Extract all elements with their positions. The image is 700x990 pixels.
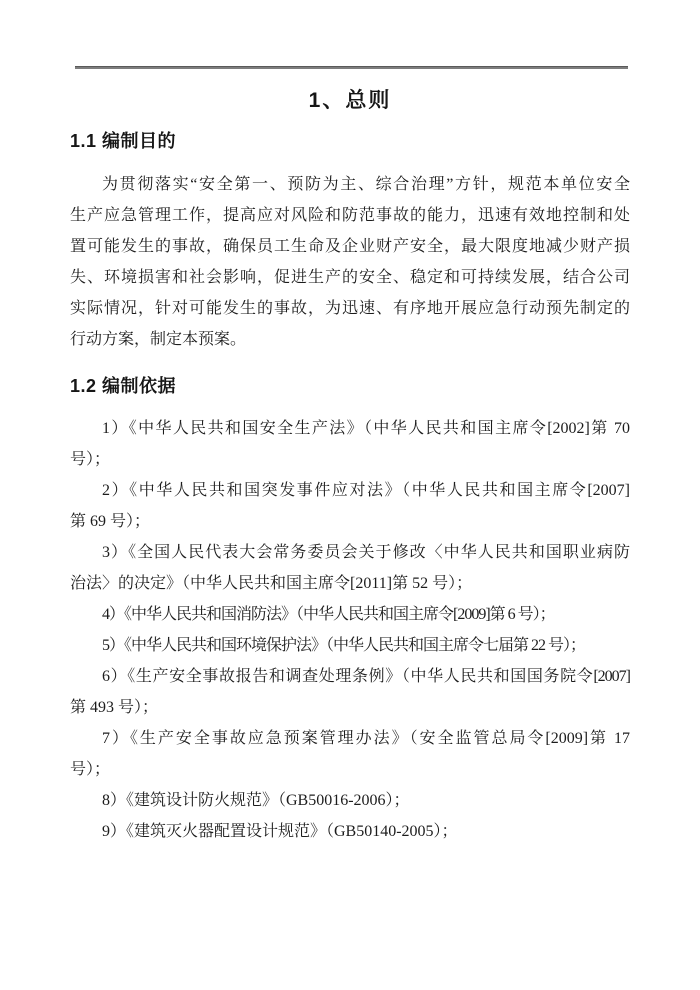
paragraph: 1）《中华人民共和国安全生产法》（中华人民共和国主席令[2002]第 70号）； [70,413,630,475]
paragraph: 4）《中华人民共和国消防法》（中华人民共和国主席令[2009]第 6 号）； [70,599,630,630]
paragraph: 5）《中华人民共和国环境保护法》（中华人民共和国主席令七届第 22 号）； [70,630,630,661]
text-line: 第 69 号）； [70,506,630,537]
text-line: 治法〉的决定》（中华人民共和国主席令[2011]第 52 号）； [70,568,630,599]
text-line: 实际情况，针对可能发生的事故，为迅速、有序地开展应急行动预先制定的 [70,293,630,324]
text-line: 2）《中华人民共和国突发事件应对法》（中华人民共和国主席令[2007] [70,475,630,506]
text-line: 置可能发生的事故，确保员工生命及企业财产安全，最大限度地减少财产损 [70,231,630,262]
paragraph: 7）《生产安全事故应急预案管理办法》（安全监管总局令[2009]第 17号）； [70,723,630,785]
text-line: 第 493 号）； [70,692,630,723]
text-line: 4）《中华人民共和国消防法》（中华人民共和国主席令[2009]第 6 号）； [70,599,630,630]
document-title: 1、总则 [70,86,630,116]
text-line: 号）； [70,444,630,475]
paragraph: 3）《全国人民代表大会常务委员会关于修改〈中华人民共和国职业病防治法〉的决定》（… [70,537,630,599]
text-line: 3）《全国人民代表大会常务委员会关于修改〈中华人民共和国职业病防 [70,537,630,568]
header-rule [75,66,628,69]
text-line: 7）《生产安全事故应急预案管理办法》（安全监管总局令[2009]第 17 [70,723,630,754]
text-line: 为贯彻落实“安全第一、预防为主、综合治理”方针，规范本单位安全 [70,169,630,200]
section-1-2-body: 1）《中华人民共和国安全生产法》（中华人民共和国主席令[2002]第 70号）；… [70,413,630,847]
paragraph: 9）《建筑灭火器配置设计规范》（GB50140-2005）； [70,816,630,847]
text-line: 行动方案，制定本预案。 [70,324,630,355]
paragraph: 为贯彻落实“安全第一、预防为主、综合治理”方针，规范本单位安全生产应急管理工作，… [70,169,630,355]
paragraph: 2）《中华人民共和国突发事件应对法》（中华人民共和国主席令[2007]第 69 … [70,475,630,537]
paragraph: 6）《生产安全事故报告和调查处理条例》（中华人民共和国国务院令[2007]第 4… [70,661,630,723]
text-line: 6）《生产安全事故报告和调查处理条例》（中华人民共和国国务院令[2007] [70,661,630,692]
text-line: 8）《建筑设计防火规范》（GB50016-2006）； [70,785,630,816]
text-line: 号）； [70,754,630,785]
paragraph: 8）《建筑设计防火规范》（GB50016-2006）； [70,785,630,816]
section-1-1-body: 为贯彻落实“安全第一、预防为主、综合治理”方针，规范本单位安全生产应急管理工作，… [70,169,630,355]
document-page: 1、总则 1.1 编制目的 为贯彻落实“安全第一、预防为主、综合治理”方针，规范… [0,0,700,990]
text-line: 生产应急管理工作，提高应对风险和防范事故的能力，迅速有效地控制和处 [70,200,630,231]
text-line: 失、环境损害和社会影响，促进生产的安全、稳定和可持续发展，结合公司 [70,262,630,293]
section-heading-1-1: 1.1 编制目的 [70,128,630,154]
text-line: 9）《建筑灭火器配置设计规范》（GB50140-2005）； [70,816,630,847]
section-heading-1-2: 1.2 编制依据 [70,373,630,399]
text-line: 1）《中华人民共和国安全生产法》（中华人民共和国主席令[2002]第 70 [70,413,630,444]
text-line: 5）《中华人民共和国环境保护法》（中华人民共和国主席令七届第 22 号）； [70,630,630,661]
